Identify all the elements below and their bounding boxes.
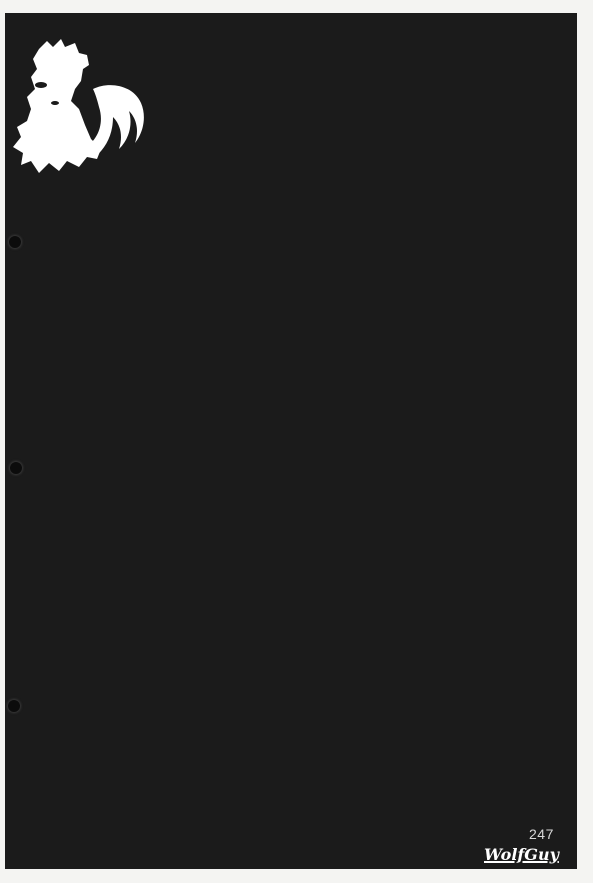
manga-page-panel: 247 — [5, 13, 577, 869]
binder-hole — [8, 700, 20, 712]
page-number: 247 — [529, 826, 554, 842]
binder-hole — [9, 236, 21, 248]
series-logo-text: WolfGuy — [484, 845, 559, 864]
wolf-silhouette-icon — [9, 29, 151, 181]
binder-hole — [10, 462, 22, 474]
series-logo: WolfGuy — [478, 842, 578, 872]
